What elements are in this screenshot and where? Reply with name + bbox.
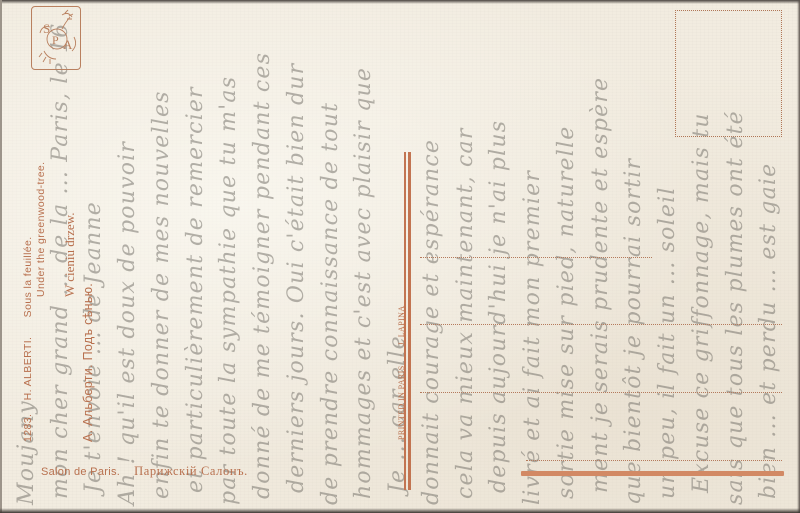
- stamp-box: [675, 10, 782, 137]
- handwritten-line: donné de me témoigner pendant ces: [250, 52, 275, 499]
- scan-edge-top: [0, 0, 800, 4]
- handwritten-line: un peu, il fait un ... soleil: [655, 186, 680, 499]
- handwritten-line: enfin te donner de mes nouvelles: [149, 90, 174, 499]
- handwritten-line: sais que tous les plumes ont été: [723, 110, 748, 505]
- handwritten-line: livré et ai fait mon premier: [520, 170, 545, 505]
- handwritten-line: Excuse ce griffonnage, mais tu: [689, 112, 714, 493]
- title-russian: Подъ сѣнью.: [81, 283, 95, 360]
- svg-text:P: P: [52, 33, 59, 47]
- address-line: [526, 460, 782, 461]
- caption-column-primary: 1283. H. ALBERTI. Sous la feuillée. Unde…: [22, 162, 48, 443]
- artist-name-russian: А. Альберти.: [81, 364, 95, 442]
- address-line: [420, 257, 652, 258]
- publisher-monogram-icon: S P A: [31, 6, 81, 70]
- scan-edge-left: [0, 0, 2, 513]
- printer-imprint: PRINTED IN PARIS · J. LAPINA: [397, 306, 406, 441]
- title-polish: W cieniu drzew.: [62, 213, 78, 297]
- handwritten-line: depuis aujourd'hui je n'ai plus: [486, 120, 511, 493]
- scan-edge-bottom: [0, 508, 800, 513]
- handwritten-line: Ah ! qu'il est doux de pouvoir: [115, 141, 140, 505]
- handwritten-line: cela va mieux maintenant, car: [453, 127, 478, 499]
- address-line: [420, 392, 782, 393]
- series-title: Salon de Paris.Парижскій Салонъ.: [41, 464, 248, 479]
- series-title-french: Salon de Paris.: [41, 466, 120, 478]
- handwritten-line: derniers jours. Oui c'était bien dur: [284, 63, 309, 493]
- title-english: Under the greenwood-tree.: [35, 162, 47, 298]
- handwritten-line: bien ... et perdu ... est gaie: [756, 163, 781, 499]
- artist-name: H. ALBERTI.: [22, 337, 34, 401]
- handwritten-line: hommages et c'est avec plaisir que: [351, 67, 376, 499]
- address-line: [420, 324, 782, 325]
- title-french: Sous la feuillée.: [22, 236, 34, 317]
- address-underline-bar: [521, 471, 784, 476]
- handwritten-line: par toute la sympathie que tu m'as: [216, 76, 241, 505]
- handwritten-line: donnait courage et espérance: [419, 139, 444, 505]
- handwritten-line: ment je serais prudente et espère: [588, 77, 613, 493]
- handwritten-line: sortie mise sur pied, naturelle: [554, 126, 579, 499]
- series-title-russian: Парижскій Салонъ.: [134, 464, 248, 478]
- handwritten-line: et particulièrement de remercier: [183, 86, 208, 493]
- svg-text:A: A: [63, 37, 73, 52]
- handwritten-line: de prendre connaissance de tout: [318, 102, 343, 505]
- handwritten-line: que bientôt je pourrai sortir: [621, 158, 646, 505]
- svg-text:S: S: [43, 21, 50, 36]
- catalog-number: 1283.: [22, 414, 34, 442]
- postcard-back: Moujanymon cher grand ... de la ... Pari…: [0, 0, 800, 513]
